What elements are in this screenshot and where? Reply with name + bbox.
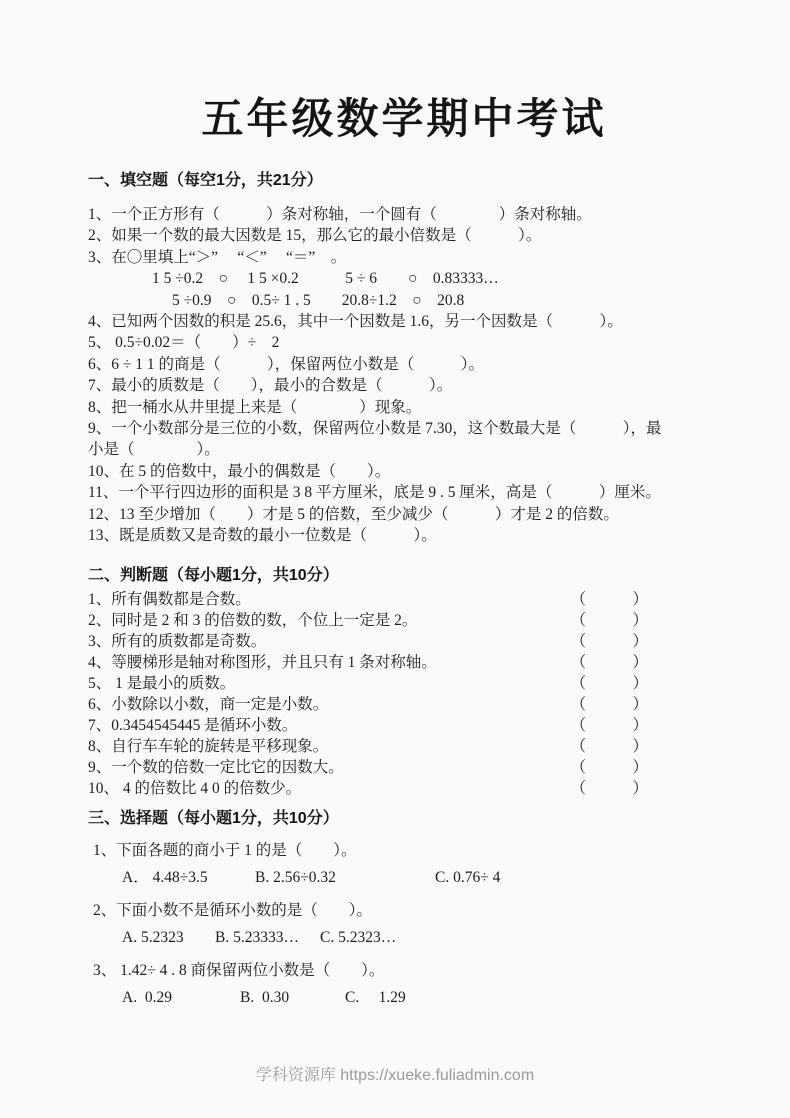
answer-blank: （ ） <box>570 610 648 631</box>
answer-blank: （ ） <box>570 589 648 610</box>
fill-question-6: 6、6 ÷ 1 1 的商是（ ），保留两位小数是（ ）。 <box>88 354 720 375</box>
judge-statement: 2、同时是 2 和 3 的倍数的数，个位上一定是 2。 <box>88 610 417 631</box>
fill-question-3: 3、在〇里填上“＞” “＜” “＝” 。 <box>88 247 720 268</box>
judge-statement: 5、 1 是最小的质数。 <box>88 673 235 694</box>
choice-option-a: A. 0.29 <box>122 987 240 1009</box>
fill-question-11: 11、一个平行四边形的面积是 3 8 平方厘米，底是 9 . 5 厘米，高是（ … <box>88 482 720 503</box>
fill-questions: 1、一个正方形有（ ）条对称轴，一个圆有（ ）条对称轴。 2、如果一个数的最大因… <box>88 204 720 547</box>
judge-question-10: 10、 4 的倍数比 4 0 的倍数少。 （ ） <box>88 778 648 799</box>
fill-question-8: 8、把一桶水从井里提上来是（ ）现象。 <box>88 397 720 418</box>
fill-question-5: 5、 0.5÷0.02＝（ ）÷ 2 <box>88 332 720 353</box>
fill-question-12: 12、13 至少增加（ ）才是 5 的倍数，至少减少（ ）才是 2 的倍数。 <box>88 504 720 525</box>
answer-blank: （ ） <box>570 757 648 778</box>
answer-blank: （ ） <box>570 778 648 799</box>
fill-question-3-row-2: 5 ÷0.9 ○ 0.5÷ 1 . 5 20.8÷1.2 ○ 20.8 <box>88 290 720 311</box>
choice-option-c: C. 1.29 <box>345 987 406 1009</box>
judge-question-7: 7、0.3454545445 是循环小数。 （ ） <box>88 715 648 736</box>
fill-question-1: 1、一个正方形有（ ）条对称轴，一个圆有（ ）条对称轴。 <box>88 204 720 225</box>
judge-question-8: 8、自行车车轮的旋转是平移现象。 （ ） <box>88 736 648 757</box>
judge-statement: 8、自行车车轮的旋转是平移现象。 <box>88 736 328 757</box>
judge-statement: 10、 4 的倍数比 4 0 的倍数少。 <box>88 778 301 799</box>
answer-blank: （ ） <box>570 673 648 694</box>
judge-question-1: 1、所有偶数都是合数。 （ ） <box>88 589 648 610</box>
answer-blank: （ ） <box>570 631 648 652</box>
judge-question-6: 6、小数除以小数，商一定是小数。 （ ） <box>88 694 648 715</box>
answer-blank: （ ） <box>570 736 648 757</box>
judge-question-4: 4、等腰梯形是轴对称图形，并且只有 1 条对称轴。 （ ） <box>88 652 648 673</box>
answer-blank: （ ） <box>570 652 648 673</box>
section-fill-heading: 一、填空题（每空1分，共21分） <box>88 170 720 191</box>
judge-statement: 7、0.3454545445 是循环小数。 <box>88 715 297 736</box>
judge-statement: 4、等腰梯形是轴对称图形，并且只有 1 条对称轴。 <box>88 652 437 673</box>
choice-option-a: A. 5.2323 <box>122 927 215 949</box>
fill-question-4: 4、已知两个因数的积是 25.6，其中一个因数是 1.6，另一个因数是（ ）。 <box>88 311 720 332</box>
choice-questions: 1、下面各题的商小于 1 的是（ ）。 A． 4.48÷3.5 B. 2.56÷… <box>88 840 720 1009</box>
choice-question-1-options: A． 4.48÷3.5 B. 2.56÷0.32 C. 0.76÷ 4 <box>88 867 720 889</box>
footer-watermark: 学科资源库 https://xueke.fuliadmin.com <box>0 1062 790 1085</box>
choice-option-b: B. 2.56÷0.32 <box>255 867 435 889</box>
choice-option-b: B. 0.30 <box>240 987 345 1009</box>
exam-page: 五年级数学期中考试 一、填空题（每空1分，共21分） 1、一个正方形有（ ）条对… <box>0 0 790 1118</box>
choice-question-1: 1、下面各题的商小于 1 的是（ ）。 <box>88 840 720 862</box>
fill-question-9-line-2: 小是（ ）。 <box>88 439 720 460</box>
fill-question-10: 10、在 5 的倍数中，最小的偶数是（ ）。 <box>88 461 720 482</box>
choice-option-b: B. 5.23333… <box>215 927 320 949</box>
judge-statement: 6、小数除以小数，商一定是小数。 <box>88 694 328 715</box>
judge-statement: 1、所有偶数都是合数。 <box>88 589 251 610</box>
choice-question-3-options: A. 0.29 B. 0.30 C. 1.29 <box>88 987 720 1009</box>
fill-question-13: 13、既是质数又是奇数的最小一位数是（ ）。 <box>88 525 720 546</box>
judge-question-3: 3、所有的质数都是奇数。 （ ） <box>88 631 648 652</box>
answer-blank: （ ） <box>570 715 648 736</box>
choice-option-c: C. 0.76÷ 4 <box>435 867 500 889</box>
judge-question-9: 9、一个数的倍数一定比它的因数大。 （ ） <box>88 757 648 778</box>
answer-blank: （ ） <box>570 694 648 715</box>
choice-question-3: 3、 1.42÷ 4 . 8 商保留两位小数是（ ）。 <box>88 960 720 982</box>
judge-statement: 3、所有的质数都是奇数。 <box>88 631 266 652</box>
judge-question-5: 5、 1 是最小的质数。 （ ） <box>88 673 648 694</box>
choice-option-a: A． 4.48÷3.5 <box>122 867 255 889</box>
fill-question-2: 2、如果一个数的最大因数是 15，那么它的最小倍数是（ ）。 <box>88 225 720 246</box>
page-title: 五年级数学期中考试 <box>88 92 720 148</box>
choice-question-2-options: A. 5.2323 B. 5.23333… C. 5.2323… <box>88 927 720 949</box>
exam-content: 五年级数学期中考试 一、填空题（每空1分，共21分） 1、一个正方形有（ ）条对… <box>88 0 720 1009</box>
fill-question-9-line-1: 9、一个小数部分是三位的小数，保留两位小数是 7.30，这个数最大是（ ），最 <box>88 418 720 439</box>
section-judge-heading: 二、判断题（每小题1分，共10分） <box>88 565 720 586</box>
section-choice-heading: 三、选择题（每小题1分，共10分） <box>88 808 720 829</box>
footer-text: 学科资源库 https://xueke.fuliadmin.com <box>256 1067 534 1084</box>
fill-question-7: 7、最小的质数是（ ），最小的合数是（ ）。 <box>88 375 720 396</box>
judge-questions: 1、所有偶数都是合数。 （ ） 2、同时是 2 和 3 的倍数的数，个位上一定是… <box>88 589 648 800</box>
fill-question-3-row-1: 1 5 ÷0.2 ○ 1 5 ×0.2 5 ÷ 6 ○ 0.83333… <box>88 268 720 289</box>
judge-question-2: 2、同时是 2 和 3 的倍数的数，个位上一定是 2。 （ ） <box>88 610 648 631</box>
choice-question-2: 2、下面小数不是循环小数的是（ ）。 <box>88 900 720 922</box>
judge-statement: 9、一个数的倍数一定比它的因数大。 <box>88 757 344 778</box>
choice-option-c: C. 5.2323… <box>320 927 396 949</box>
